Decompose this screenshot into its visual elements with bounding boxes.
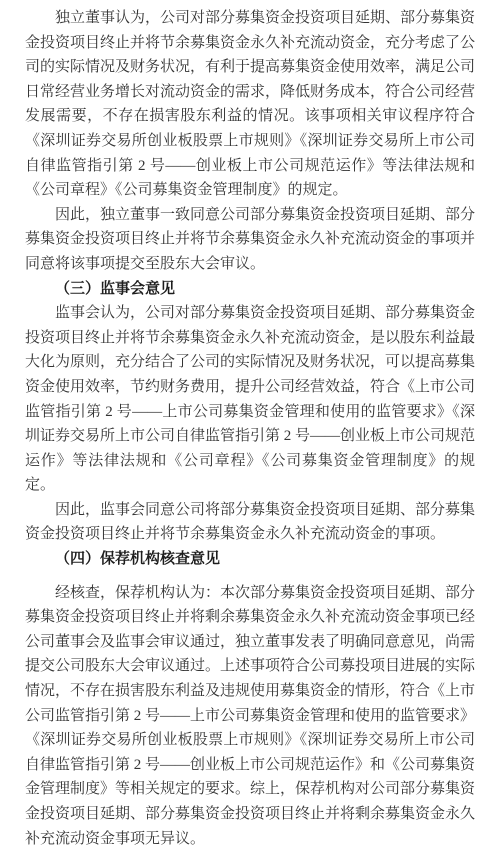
paragraph-supervisory-committee-conclusion: 因此，监事会同意公司将部分募集资金投资项目延期、部分募集资金投资项目终止并将节余… xyxy=(25,498,475,547)
paragraph-independent-directors-opinion: 独立董事认为，公司对部分募集资金投资项目延期、部分募集资金投资项目终止并将节余募… xyxy=(25,6,475,203)
heading-sponsor-verification-opinion: （四）保荐机构核查意见 xyxy=(25,547,475,572)
heading-supervisory-committee-opinion: （三）监事会意见 xyxy=(25,277,475,302)
paragraph-sponsor-verification-opinion: 经核查，保荐机构认为：本次部分募集资金投资项目延期、部分募集资金投资项目终止并将… xyxy=(25,581,475,852)
document-page: 独立董事认为，公司对部分募集资金投资项目延期、部分募集资金投资项目终止并将节余募… xyxy=(0,0,500,863)
paragraph-supervisory-committee-opinion: 监事会认为，公司对部分募集资金投资项目延期、部分募集资金投资项目终止并将节余募集… xyxy=(25,301,475,498)
paragraph-independent-directors-conclusion: 因此，独立董事一致同意公司部分募集资金投资项目延期、部分募集资金投资项目终止并将… xyxy=(25,203,475,277)
